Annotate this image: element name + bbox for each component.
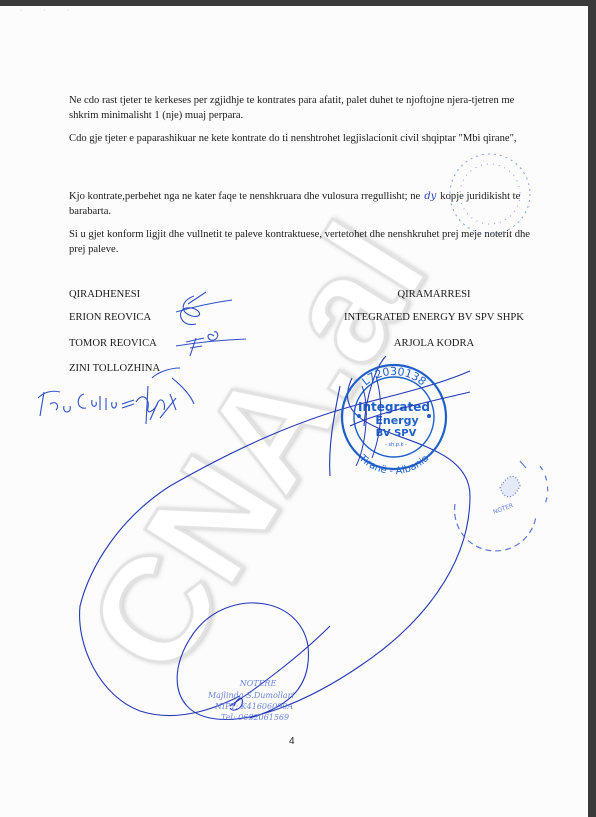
svg-text:Tiranë - Albania: Tiranë - Albania <box>356 452 431 477</box>
paragraph-termination-notice: Ne cdo rast tjeter te kerkeses per zgjid… <box>69 93 539 123</box>
signature-tomor <box>176 332 246 356</box>
svg-text:NIPT: K41606090A: NIPT: K41606090A <box>214 702 294 711</box>
paragraph-governing-law: Cdo gje tjeter e paparashikuar ne kete k… <box>69 131 539 146</box>
copies-text-before: Kjo kontrate,perbehet nga ne kater faqe … <box>69 191 420 202</box>
handwritten-count: dy <box>424 191 436 202</box>
lessor-name-3: ZINI TOLLOZHINA <box>69 363 160 374</box>
ink-layer: L72030138 Integrated Energy BV SPV - sh.… <box>0 6 588 817</box>
lessor-name-1: ERION REOVICA <box>69 312 151 323</box>
svg-text:CNA.al: CNA.al <box>54 195 457 701</box>
svg-text:NOTERE: NOTERE <box>239 679 277 688</box>
lessor-name-2: TOMOR REOVICA <box>69 338 157 349</box>
svg-text:- sh.p.k -: - sh.p.k - <box>385 442 407 448</box>
watermark: CNA.al <box>0 6 588 817</box>
scan-specks: · · · <box>20 8 79 14</box>
signature-zini <box>38 368 194 424</box>
svg-text:L72030138: L72030138 <box>359 365 428 388</box>
notary-signature-flourish <box>80 356 470 719</box>
lessee-heading: QIRAMARRESI <box>314 289 554 300</box>
document-page: · · · CNA.al Ne cdo rast tjeter te kerke… <box>0 6 588 817</box>
svg-text:Majlinda S.Dumollari: Majlinda S.Dumollari <box>207 691 295 700</box>
paragraph-attestation: Si u gjet konform ligjit dhe vullnetit t… <box>69 227 539 257</box>
svg-text:Tel: 0682061569: Tel: 0682061569 <box>221 713 289 722</box>
svg-text:BV SPV: BV SPV <box>376 428 417 439</box>
svg-text:Integrated: Integrated <box>358 400 430 414</box>
svg-text:Energy: Energy <box>375 414 418 427</box>
page-number: 4 <box>289 736 295 747</box>
company-stamp-text: L72030138 Integrated Energy BV SPV - sh.… <box>356 365 431 477</box>
signature-erion <box>176 292 232 325</box>
lessee-representative: ARJOLA KODRA <box>314 338 554 349</box>
lessee-company: INTEGRATED ENERGY BV SPV SHPK <box>314 312 554 323</box>
lessor-heading: QIRADHENESI <box>69 289 140 300</box>
paragraph-copies: Kjo kontrate,perbehet nga ne kater faqe … <box>69 189 539 219</box>
notary-stamp-rect: NOTERE Majlinda S.Dumollari NIPT: K41606… <box>207 679 295 722</box>
notary-stamp-round <box>455 461 548 551</box>
company-stamp <box>342 365 446 469</box>
svg-text:NOTER: NOTER <box>492 502 514 516</box>
